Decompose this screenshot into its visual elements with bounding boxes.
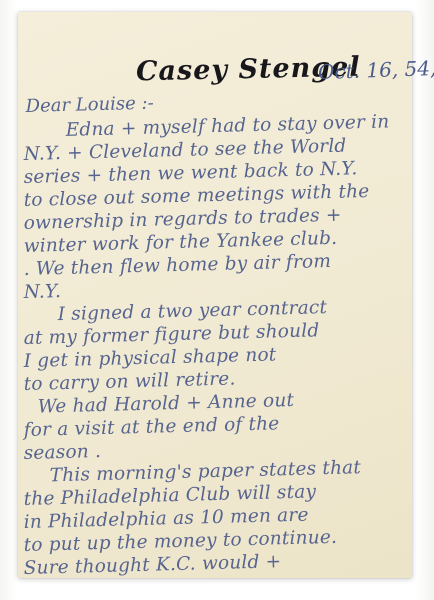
letter-paper: Casey Stengel Oct. 16, 54, Dear Louise :… (18, 12, 412, 578)
scan-background: Casey Stengel Oct. 16, 54, Dear Louise :… (0, 0, 434, 600)
letter-body: Dear Louise :- Edna + myself had to stay… (24, 96, 408, 580)
letter-date: Oct. 16, 54, (318, 56, 434, 84)
